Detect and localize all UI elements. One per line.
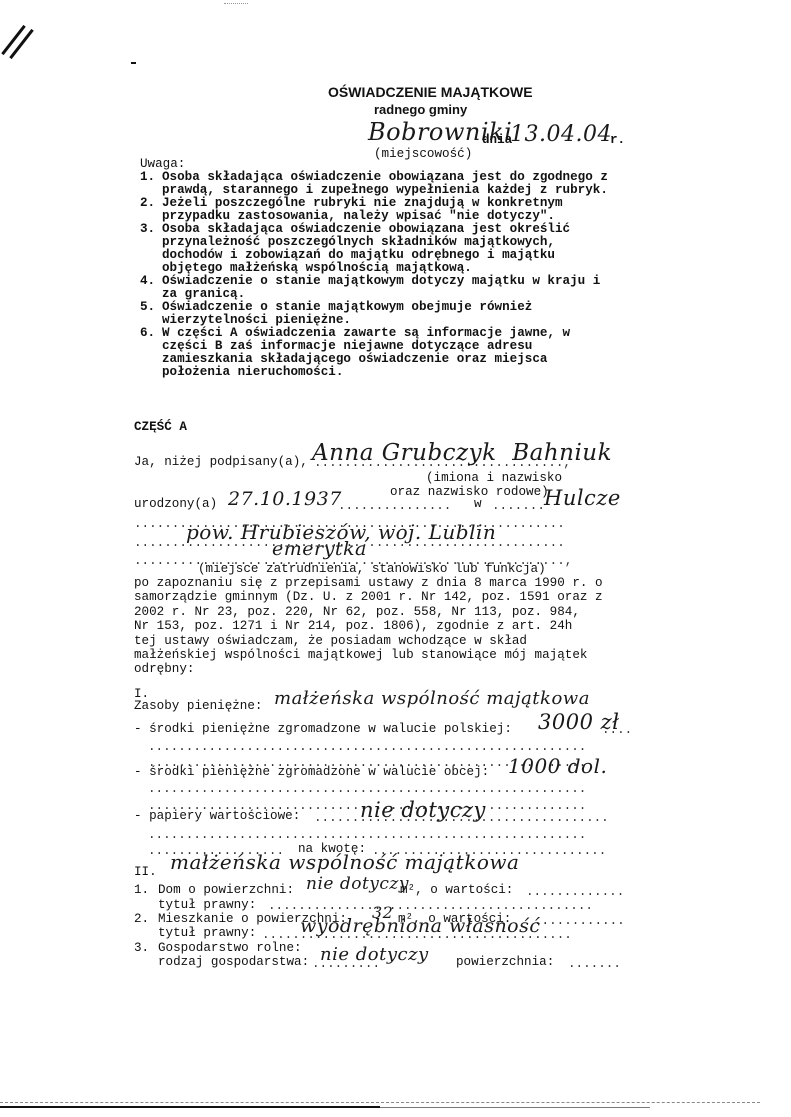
foreign-value-field[interactable]: 1000 dol.	[508, 754, 607, 778]
securities-label: - papiery wartościowe:	[134, 810, 300, 823]
page-subtitle: radnego gminy	[374, 102, 467, 117]
in-dots: .......	[492, 500, 545, 513]
flat-title-field[interactable]: wyodrębniona własność	[300, 915, 541, 937]
name-caption-2: oraz nazwisko rodowe)	[390, 486, 549, 499]
date-field[interactable]: 13.04.04	[510, 122, 612, 147]
note-item: 3.Osoba składająca oświadczenie obowiąza…	[140, 223, 608, 275]
name-field[interactable]: Anna Grubczyk Bahniuk	[312, 440, 612, 466]
page-title: OŚWIADCZENIE MAJĄTKOWE	[328, 84, 533, 100]
dots-line: ........................................…	[148, 829, 586, 842]
note-item: 4.Oświadczenie o stanie majątkowym dotyc…	[140, 275, 608, 301]
day-label: dnia	[482, 134, 512, 147]
scan-speck	[131, 62, 136, 64]
occupation-field[interactable]: emerytka	[272, 538, 367, 560]
house-area-field[interactable]: nie dotyczy	[306, 874, 409, 894]
house-title-label: tytuł prawny:	[158, 899, 256, 912]
bottom-edge-line	[0, 1106, 380, 1108]
bottom-dashes	[0, 1102, 760, 1103]
birth-place-field[interactable]: Hulcze	[544, 486, 621, 510]
section-2-numeral: II.	[134, 866, 157, 879]
pln-label: - środki pieniężne zgromadzone w walucie…	[134, 723, 512, 736]
dots-line: ........................................…	[148, 783, 586, 796]
place-caption: (miejscowość)	[374, 148, 472, 161]
birth-date-field[interactable]: 27.10.1937	[228, 488, 342, 510]
top-dashes	[224, 3, 248, 6]
name-caption-1: (imiona i nazwisko	[426, 472, 562, 485]
in-label: w	[474, 498, 482, 511]
dots-line: ............	[534, 915, 625, 928]
occupation-caption: (miejsce zatrudnienia, stanowisko lub fu…	[198, 563, 546, 576]
farm-type-label: rodzaj gospodarstwa:	[158, 956, 309, 969]
flat-title-label: tytuł prawny:	[158, 927, 256, 940]
dots-line: ....	[602, 724, 632, 737]
farm-area-label: powierzchnia:	[456, 956, 554, 969]
legal-text: po zapoznaniu się z przepisami ustawy z …	[134, 576, 603, 677]
farm-label: Gospodarstwo rolne:	[158, 942, 302, 955]
dots-line: .......	[568, 958, 621, 971]
born-dots: ...............	[338, 500, 451, 513]
part-a-heading: CZĘŚĆ A	[134, 421, 187, 434]
item-2-num: 2.	[134, 913, 149, 926]
note-item: 1.Osoba składająca oświadczenie obowiąza…	[140, 171, 608, 197]
foreign-label: - środki pieniężne zgromadzone w walucie…	[134, 766, 489, 779]
note-item: 6.W części A oświadczenia zawarte są inf…	[140, 327, 608, 379]
money-note-field[interactable]: małżeńska wspólność majątkowa	[274, 688, 590, 709]
dots-line: ........................................…	[148, 741, 586, 754]
farm-type-field[interactable]: nie dotyczy	[320, 944, 429, 965]
section-2-note-field[interactable]: małżeńska wspólność majątkowa	[170, 850, 519, 874]
margin-mark	[9, 29, 34, 59]
note-item: 5.Oświadczenie o stanie majątkowym obejm…	[140, 301, 608, 327]
house-label: Dom o powierzchni:	[158, 884, 294, 897]
house-unit: m², o wartości:	[400, 884, 513, 897]
dots-line: .............	[526, 886, 624, 899]
bottom-edge-line	[380, 1107, 650, 1108]
item-3-num: 3.	[134, 942, 149, 955]
notes-list: 1.Osoba składająca oświadczenie obowiąza…	[140, 171, 608, 379]
item-1-num: 1.	[134, 884, 149, 897]
securities-value-field[interactable]: nie dotyczy	[360, 798, 486, 822]
note-item: 2.Jeżeli poszczególne rubryki nie znajdu…	[140, 197, 608, 223]
date-suffix: r.	[610, 134, 625, 147]
born-label: urodzony(a)	[134, 498, 217, 511]
signed-label: Ja, niżej podpisany(a),	[134, 456, 308, 469]
money-label: Zasoby pieniężne:	[134, 700, 262, 713]
